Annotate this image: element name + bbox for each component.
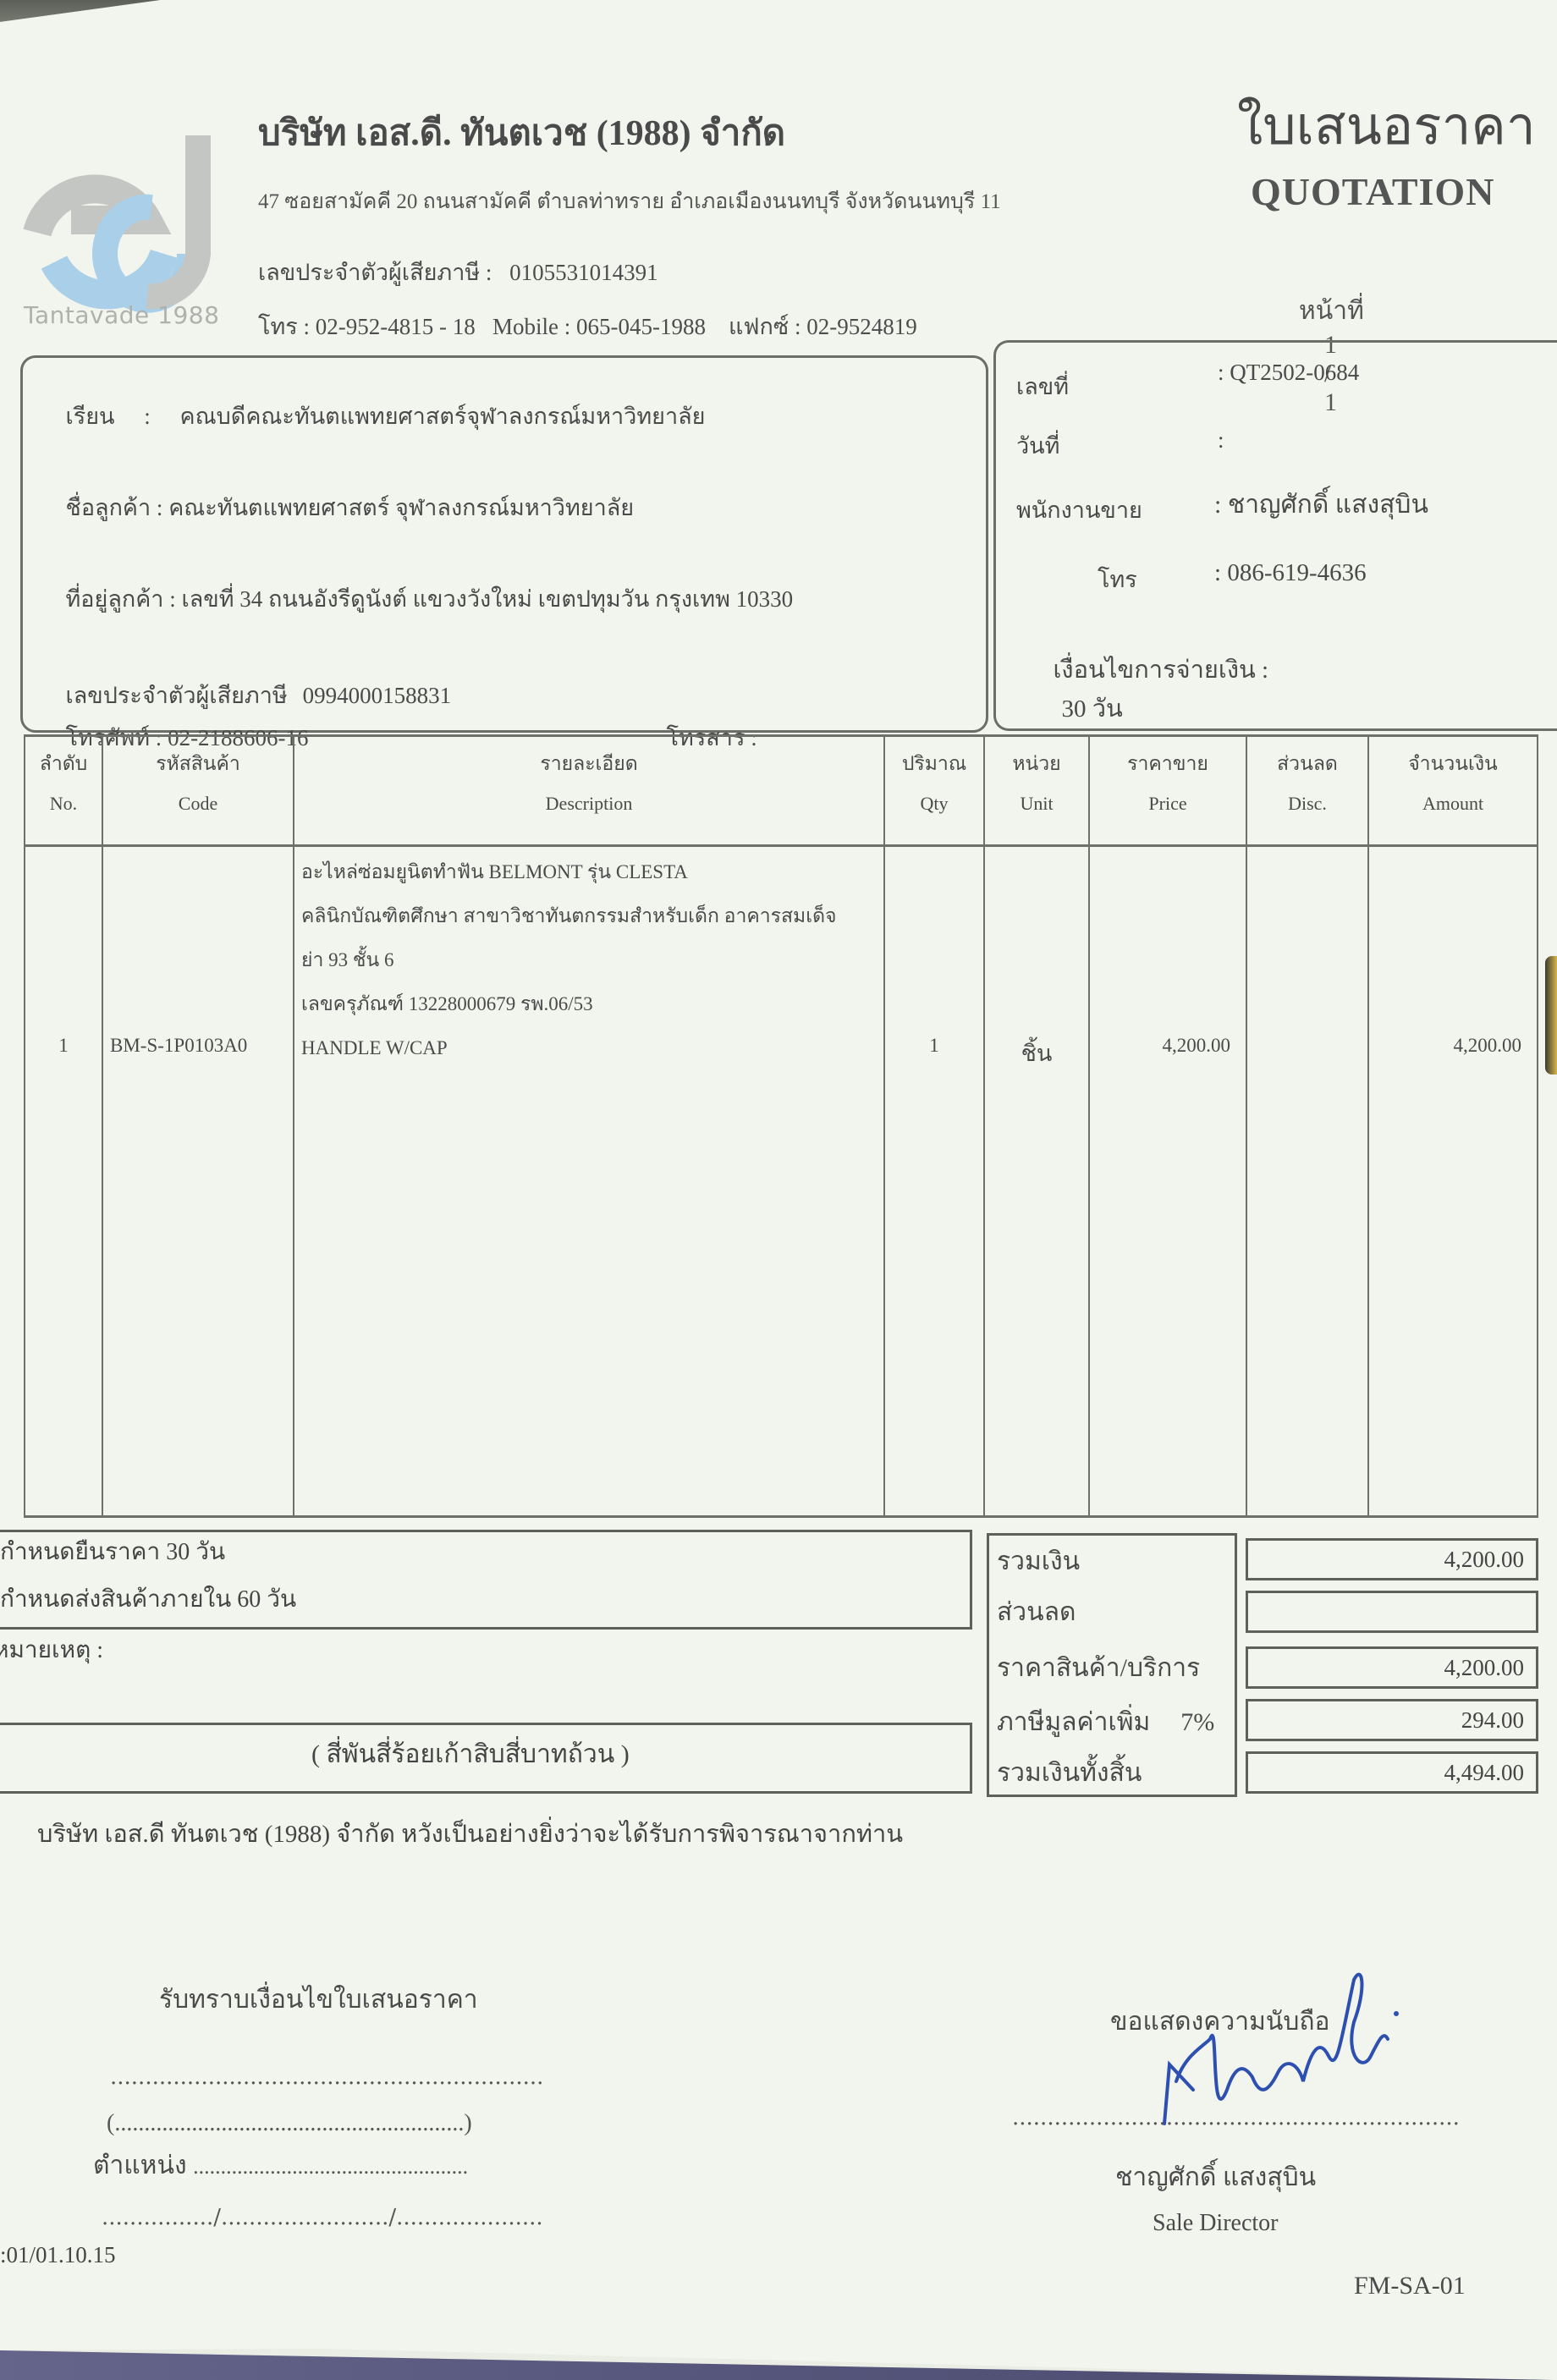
form-code: FM-SA-01 (1354, 2272, 1466, 2300)
closing-statement: บริษัท เอส.ดี ทันตเวช (1988) จำกัด หวังเ… (37, 1814, 903, 1853)
revision-code: :01/01.10.15 (0, 2242, 116, 2268)
company-tax-id: เลขประจำตัวผู้เสียภาษี : 0105531014391 (258, 254, 658, 290)
director-signature-line: ........................................… (1012, 2105, 1460, 2130)
table-header-row: ลำดับNo. รหัสสินค้าCode รายละเอียดDescri… (25, 736, 1538, 846)
customer-address-label: ที่อยู่ลูกค้า (66, 586, 164, 612)
cell-code: BM-S-1P0103A0 (102, 846, 294, 1517)
acknowledgement-title: รับทราบเงื่อนไขใบเสนอราคา (159, 1980, 478, 2020)
document-title-th: ใบเสนอราคา (1237, 85, 1536, 168)
payment-terms-label: เงื่อนไขการจ่ายเงิน : (1054, 657, 1269, 684)
customer-info-box: เรียน : คณบดีคณะทันตแพทยศาสตร์จุฬาลงกรณ์… (20, 355, 988, 733)
salesperson-value: : ชาญศักดิ์ แสงสุบิน (1214, 485, 1428, 525)
cell-price: 4,200.00 (1089, 846, 1246, 1517)
cell-description: อะไหล่ซ่อมยูนิตทำฟัน BELMONT รุ่น CLESTA… (294, 846, 884, 1517)
company-logo-icon (20, 127, 223, 330)
customer-signature-line: ........................................… (110, 2064, 543, 2090)
col-no: ลำดับNo. (25, 736, 102, 846)
quote-date-label: วันที่ (1016, 427, 1059, 464)
position-label: ตำแหน่ง (93, 2152, 187, 2179)
company-contact: โทร : 02-952-4815 - 18 Mobile : 065-045-… (258, 308, 917, 344)
salesperson-label: พนักงานขาย (1016, 492, 1142, 528)
delivery-term: กำหนดส่งสินค้าภายใน 60 วัน (0, 1580, 296, 1618)
cell-qty: 1 (884, 846, 984, 1517)
quote-info-box: เลขที่ : QT2502-0684 วันที่ : พนักงานขาย… (993, 340, 1557, 731)
subtotal-label: รวมเงิน (997, 1542, 1080, 1581)
col-price: ราคาขายPrice (1089, 736, 1246, 846)
company-tax-label: เลขประจำตัวผู้เสียภาษี : (258, 260, 492, 285)
col-description: รายละเอียดDescription (294, 736, 884, 846)
description-line: HANDLE W/CAP (301, 1026, 883, 1070)
vat-rate: 7% (1180, 1708, 1214, 1736)
quote-number-value: : QT2502-0684 (1218, 360, 1359, 386)
quote-date-value: : (1218, 427, 1230, 453)
vat-label: ภาษีมูลค่าเพิ่ม7% (997, 1702, 1214, 1742)
discount-value (1246, 1591, 1538, 1633)
col-disc: ส่วนลดDisc. (1246, 736, 1368, 846)
position-row: ตำแหน่ง ................................… (93, 2146, 468, 2185)
attention-label: เรียน (66, 404, 115, 429)
subtotal-value: 4,200.00 (1246, 1538, 1538, 1580)
col-unit: หน่วยUnit (984, 736, 1089, 846)
cell-no: 1 (25, 846, 102, 1517)
logo-text: Tantavade 1988 (24, 301, 219, 329)
col-code: รหัสสินค้าCode (102, 736, 294, 846)
price-validity: กำหนดยืนราคา 30 วัน (0, 1533, 225, 1570)
sales-phone-label: โทร (1098, 561, 1137, 597)
sales-phone-value: : 086-619-4636 (1214, 559, 1367, 587)
edge-object (1545, 956, 1557, 1075)
customer-name-row: ชื่อลูกค้า : คณะทันตแพทยศาสตร์ จุฬาลงกรณ… (31, 463, 634, 552)
description-line: อะไหล่ซ่อมยูนิตทำฟัน BELMONT รุ่น CLESTA (301, 850, 883, 894)
total-label: รวมเงินทั้งสิ้น (997, 1753, 1142, 1793)
payment-terms-value: 30 วัน (1062, 695, 1123, 723)
vat-value: 294.00 (1246, 1699, 1538, 1741)
net-value: 4,200.00 (1246, 1646, 1538, 1689)
table-row: 1 BM-S-1P0103A0 อะไหล่ซ่อมยูนิตทำฟัน BEL… (25, 846, 1538, 1517)
customer-address-value: เลขที่ 34 ถนนอังรีดูนังต์ แขวงวังใหม่ เข… (181, 586, 793, 612)
amount-in-words: ( สี่พันสี่ร้อยเก้าสิบสี่บาทถ้วน ) (311, 1734, 630, 1774)
items-table: ลำดับNo. รหัสสินค้าCode รายละเอียดDescri… (24, 734, 1538, 1518)
quote-number-label: เลขที่ (1016, 368, 1069, 404)
attention-row: เรียน : คณบดีคณะทันตแพทยศาสตร์จุฬาลงกรณ์… (31, 371, 705, 460)
customer-tax-value: 0994000158831 (303, 683, 452, 708)
discount-label: ส่วนลด (997, 1592, 1076, 1632)
customer-address-row: ที่อยู่ลูกค้า : เลขที่ 34 ถนนอังรีดูนังต… (31, 554, 793, 643)
col-qty: ปริมาณQty (884, 736, 984, 846)
document-title-en: QUOTATION (1251, 169, 1494, 214)
cell-amount: 4,200.00 (1368, 846, 1538, 1517)
total-value: 4,494.00 (1246, 1751, 1538, 1794)
remark-label: หมายเหตุ : (0, 1631, 103, 1668)
col-amount: จำนวนเงินAmount (1368, 736, 1538, 846)
cell-unit: ชิ้น (984, 846, 1089, 1517)
attention-value: คณบดีคณะทันตแพทยศาสตร์จุฬาลงกรณ์มหาวิทยา… (180, 404, 706, 429)
description-line: ย่า 93 ชั้น 6 (301, 938, 883, 982)
quotation-paper: Tantavade 1988 บริษัท เอส.ดี. ทันตเวช (1… (0, 0, 1557, 2380)
net-label: ราคาสินค้า/บริการ (997, 1648, 1200, 1688)
position-line: ........................................… (193, 2154, 468, 2179)
customer-name-line: (.......................................… (107, 2110, 472, 2137)
description-line: เลขครุภัณฑ์ 13228000679 รพ.06/53 (301, 982, 883, 1026)
company-tax-value: 0105531014391 (509, 260, 658, 285)
signer-title: Sale Director (1153, 2210, 1279, 2237)
company-address: 47 ซอยสามัคคี 20 ถนนสามัคคี ตำบลท่าทราย … (258, 184, 1001, 218)
description-line: คลินิกบัณฑิตศึกษา สาขาวิชาทันตกรรมสำหรับ… (301, 894, 883, 938)
cell-disc (1246, 846, 1368, 1517)
signer-name: ชาญศักดิ์ แสงสุบิน (1115, 2157, 1316, 2197)
customer-name-label: ชื่อลูกค้า (66, 495, 151, 520)
page-label: หน้าที่ (1299, 297, 1364, 325)
date-line: ................/.......................… (102, 2205, 543, 2230)
company-name: บริษัท เอส.ดี. ทันตเวช (1988) จำกัด (258, 105, 785, 161)
customer-name-value: คณะทันตแพทยศาสตร์ จุฬาลงกรณ์มหาวิทยาลัย (168, 495, 634, 520)
